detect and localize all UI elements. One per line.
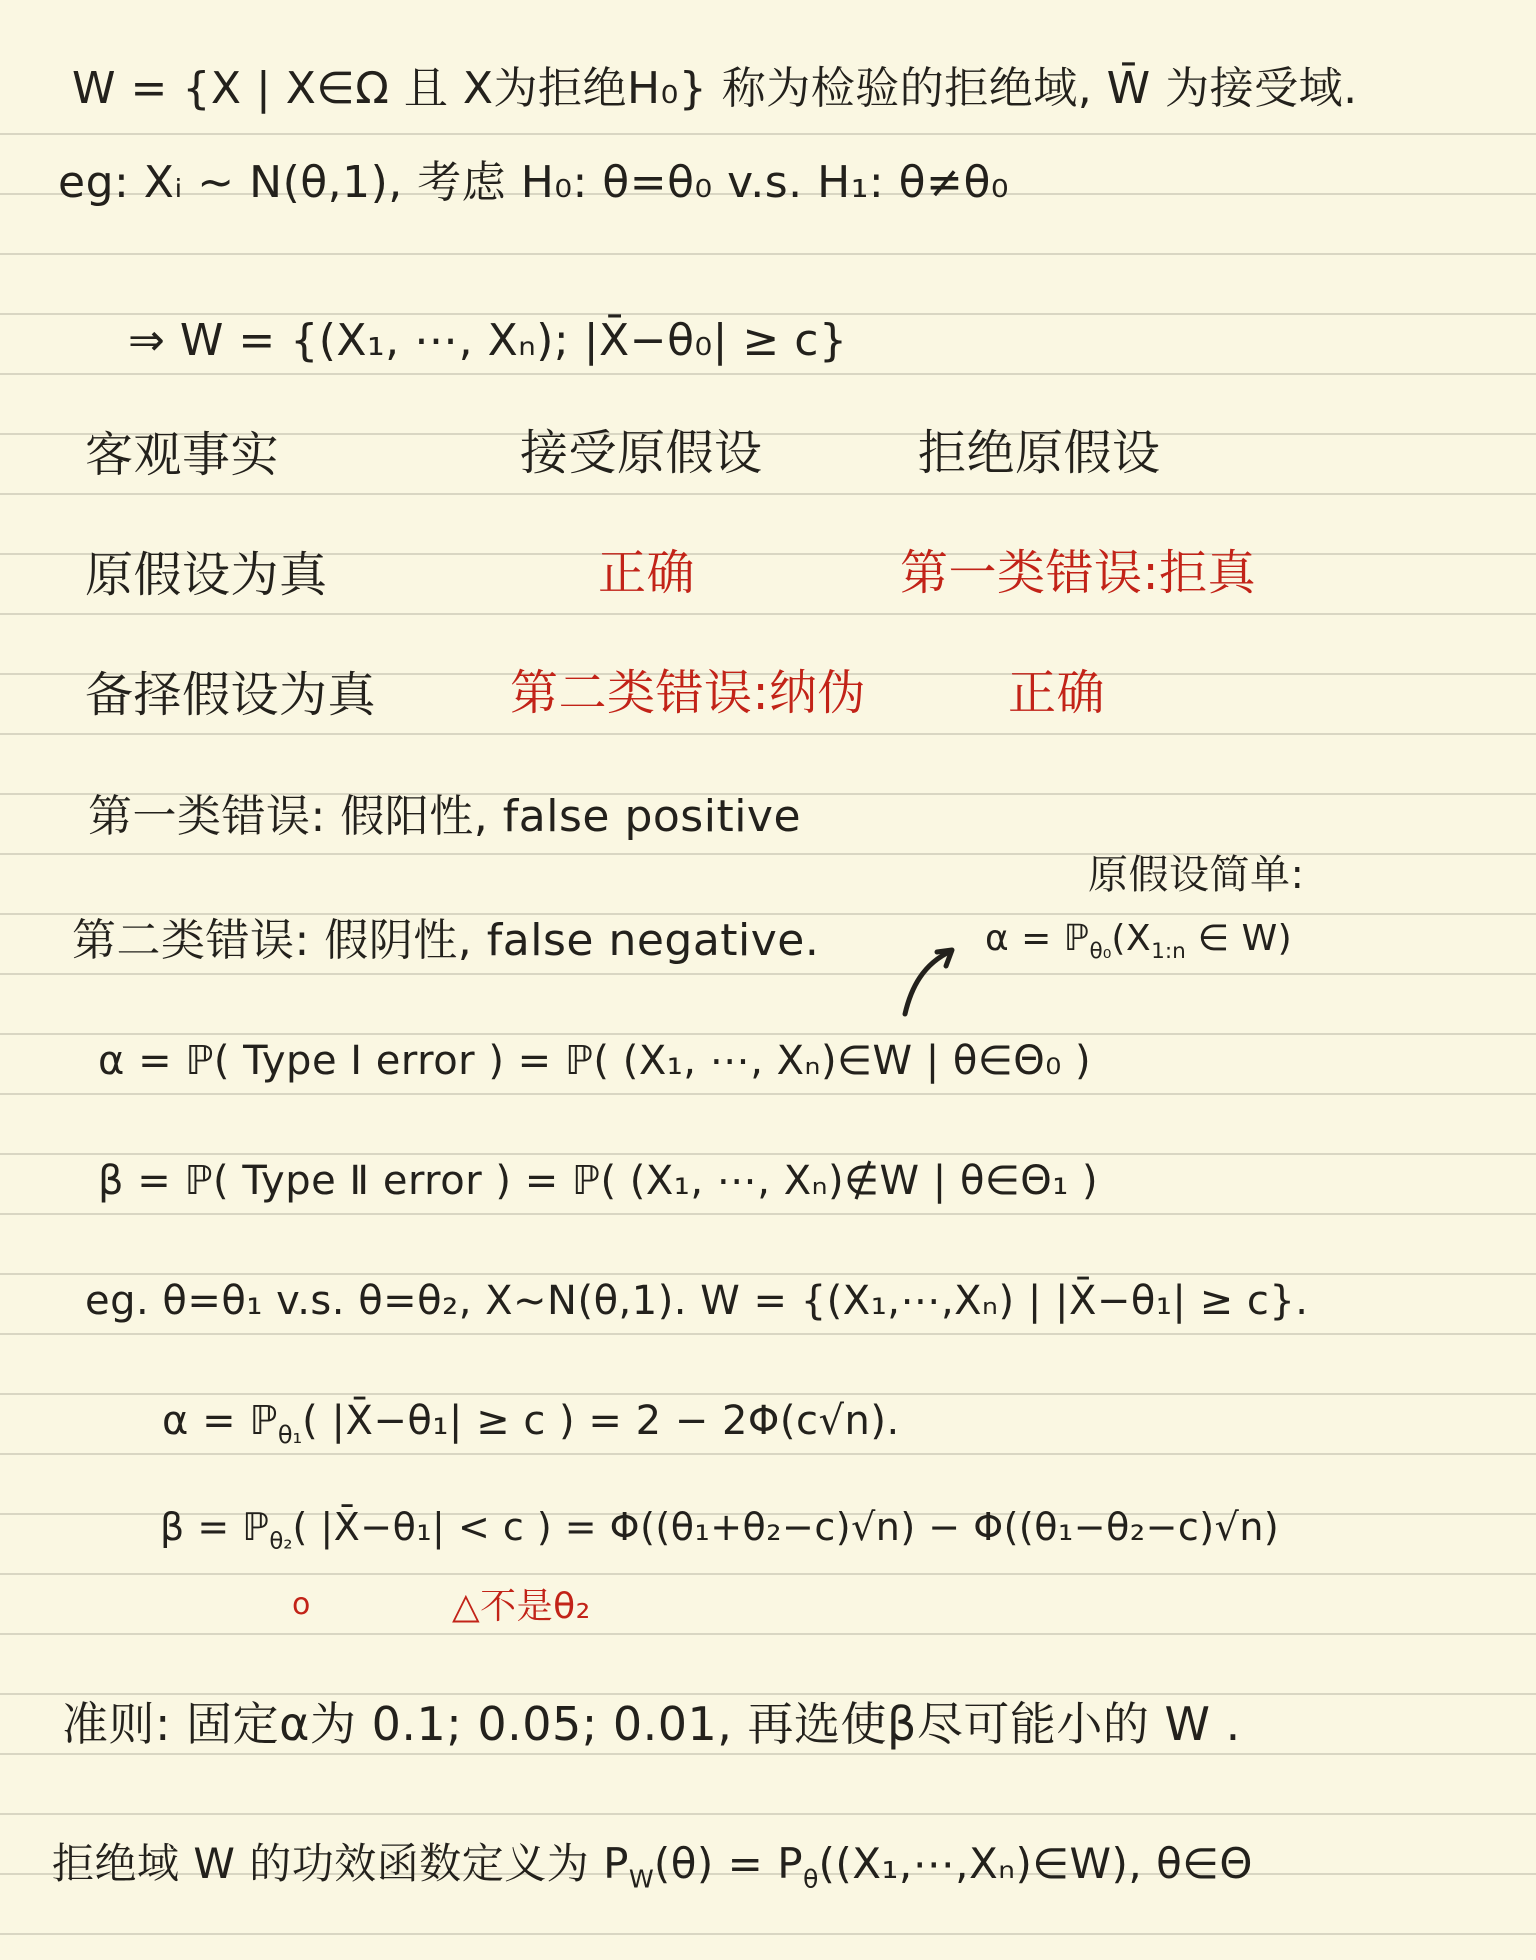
annotation-mark: ο: [292, 1588, 311, 1623]
criterion-line: 准则: 固定α为 0.1; 0.05; 0.01, 再选使β尽可能小的 W .: [62, 1698, 1241, 1751]
table-row1-reject: 第一类错误:拒真: [900, 546, 1256, 601]
table-header-accept: 接受原假设: [520, 426, 763, 481]
notes-page: W = {X | X∈Ω 且 X为拒绝H₀} 称为检验的拒绝域, W̄ 为接受域…: [0, 0, 1536, 1960]
side-formula: α = ℙθ₀(X1:n ∈ W): [985, 918, 1292, 959]
beta2-formula: β = ℙθ₂( |X̄−θ₁| < c ) = Φ((θ₁+θ₂−c)√n) …: [160, 1506, 1279, 1550]
example1-line: eg: Xᵢ ~ N(θ,1), 考虑 H₀: θ=θ₀ v.s. H₁: θ≠…: [58, 158, 1009, 209]
alpha-definition: α = ℙ( Type Ⅰ error ) = ℙ( (X₁, ⋯, Xₙ)∈W…: [98, 1038, 1091, 1084]
type1-error-line: 第一类错误: 假阳性, false positive: [88, 792, 801, 843]
curved-arrow-icon: [895, 940, 965, 1024]
side-note: 原假设简单:: [1088, 852, 1304, 898]
table-row2-label: 备择假设为真: [85, 668, 376, 723]
beta-definition: β = ℙ( Type Ⅱ error ) = ℙ( (X₁, ⋯, Xₙ)∉W…: [98, 1158, 1098, 1204]
type2-error-line: 第二类错误: 假阴性, false negative.: [72, 916, 819, 967]
rejection-region-line: ⇒ W = {(X₁, ⋯, Xₙ); |X̄−θ₀| ≥ c}: [128, 316, 847, 367]
table-header-fact: 客观事实: [85, 428, 279, 483]
table-row2-reject: 正确: [1008, 666, 1105, 721]
example2-line: eg. θ=θ₁ v.s. θ=θ₂, X~N(θ,1). W = {(X₁,⋯…: [85, 1278, 1308, 1324]
annotation-not-theta2: △不是θ₂: [452, 1586, 591, 1627]
definition-line: W = {X | X∈Ω 且 X为拒绝H₀} 称为检验的拒绝域, W̄ 为接受域…: [72, 64, 1358, 115]
table-row1-label: 原假设为真: [85, 548, 328, 603]
table-row1-accept: 正确: [598, 546, 695, 601]
power-function-line: 拒绝域 W 的功效函数定义为 PW(θ) = Pθ((X₁,⋯,Xₙ)∈W), …: [52, 1840, 1253, 1888]
table-row2-accept: 第二类错误:纳伪: [510, 666, 866, 721]
alpha2-formula: α = ℙθ₁( |X̄−θ₁| ≥ c ) = 2 − 2Φ(c√n).: [162, 1398, 900, 1444]
table-header-reject: 拒绝原假设: [918, 426, 1161, 481]
